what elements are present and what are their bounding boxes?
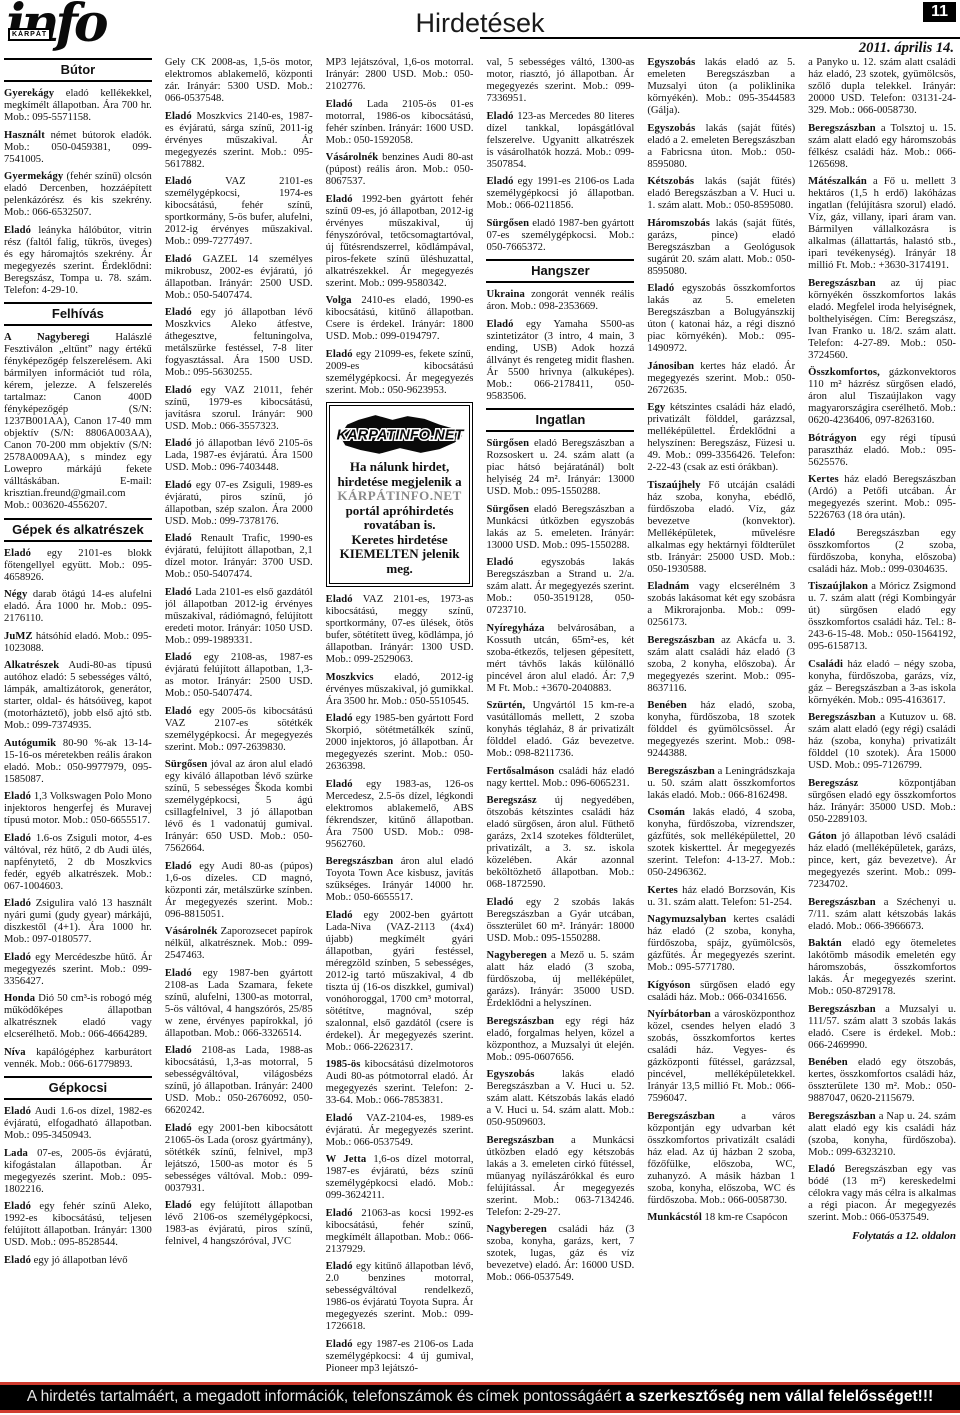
- disclaimer-text-bold: a szerkesztőség nem vállal felelősséget!…: [626, 1388, 934, 1405]
- newspaper-page: info KÁRPÁT Hirdetések 11 2011. április …: [0, 0, 960, 1415]
- ad-lead-word: Tiszaújhely: [647, 480, 700, 491]
- classified-ad: Egy kétszintes családi ház eladó, privat…: [647, 402, 795, 474]
- ad-lead-word: Eladó: [326, 1261, 353, 1272]
- karpatinfo-logo-text: KARPATINFO.NET: [336, 428, 464, 444]
- ad-text: egy 2002-ben gyártott Lada-Niva (VAZ-211…: [326, 910, 474, 1053]
- ad-lead-word: Eladó: [4, 791, 31, 802]
- ad-lead-word: Nagyberegen: [486, 950, 546, 961]
- ad-lead-word: Nyírbátorban: [647, 1009, 711, 1020]
- ad-lead-word: Níva: [4, 1047, 26, 1058]
- ad-lead-word: Kertes: [808, 474, 839, 485]
- classified-ad: Háromszobás lakás (saját fűtés, garázs, …: [647, 218, 795, 278]
- ad-lead-word: Eladó: [165, 254, 192, 265]
- header-rule: [480, 37, 960, 39]
- classified-ad: Beregszászban a Nap u. 24. szám alatt el…: [808, 1111, 956, 1159]
- classified-ad: Baktán eladó egy ötemeletes lakótömb más…: [808, 938, 956, 998]
- classified-ad: Beregszászban a Leningrádszkaja u. 50. s…: [647, 766, 795, 802]
- ad-lead-word: Kertes: [647, 885, 678, 896]
- ad-lead-word: Eladó: [4, 548, 31, 559]
- classified-ad: Volga 2410-es eladó, 1990-es kibocsátású…: [326, 295, 474, 343]
- issue-date: 2011. április 14.: [859, 40, 954, 57]
- classified-ad: Beregszászban a Tolsztoj u. 15. szám ala…: [808, 123, 956, 171]
- ad-text: Halászlé Fesztiválon „eltűnt” nagy érték…: [4, 332, 152, 511]
- ad-text: egy Yamaha S500-as szintetizátor (3 intr…: [486, 319, 634, 402]
- classified-ad: W Jetta 1,6-os dízel motorral, 1987-es é…: [326, 1154, 474, 1202]
- classified-ad: Eladó VAZ 2101-es, 1973-as kibocsátású, …: [326, 594, 474, 666]
- ad-lead-word: Eladó: [326, 910, 353, 921]
- newspaper-column: MP3 lejátszóval, 1,6-os motorral. Irányá…: [326, 57, 474, 1383]
- classified-ad: Beregszászban a Széchenyi u. 7/11. szám …: [808, 897, 956, 933]
- classified-ad: Beregszász központjában sürgősen eladó e…: [808, 778, 956, 826]
- classified-ad: Eladó egy 1985-ben gyártott Ford Skorpió…: [326, 713, 474, 773]
- ad-lead-word: Beregszászban: [647, 1111, 715, 1122]
- classifieds-columns: BútorGyerekágy eladó kellékekkel, megkím…: [4, 57, 956, 1383]
- ad-lead-word: Mátészalkán: [808, 176, 867, 187]
- ad-lead-word: W Jetta: [326, 1154, 367, 1165]
- ad-text: 1992-ben gyártott fehér színű 09-es, jó …: [326, 194, 474, 289]
- classified-ad: MP3 lejátszóval, 1,6-os motorral. Irányá…: [326, 57, 474, 93]
- ad-lead-word: Alkatrészek: [4, 660, 59, 671]
- ad-lead-word: Szürtén,: [486, 700, 525, 711]
- ad-lead-word: Sürgősen: [486, 438, 529, 449]
- karpatinfo-map-logo-icon: KARPATINFO.NET: [334, 411, 466, 457]
- classified-ad: Alkatrészek Audi-80-as típusú autóhoz el…: [4, 660, 152, 732]
- classified-ad: Gely CK 2008-as, 1,5-ös motor, elektromo…: [165, 57, 313, 105]
- ad-text: a Panyko u. 12. szám alatt családi ház e…: [808, 57, 956, 116]
- classified-ad: Mátészalkán a Fő u. mellett 3 hektáros (…: [808, 176, 956, 272]
- ad-lead-word: Vásárolnék: [165, 926, 218, 937]
- ad-lead-word: Beregszászban: [808, 897, 876, 908]
- classified-ad: Eladó egy 2101-es blokk főtengellyel egy…: [4, 548, 152, 584]
- ad-lead-word: Tiszaújlakon: [808, 581, 868, 592]
- classified-ad: Eladó egyszobás lakás Beregszászban a St…: [486, 557, 634, 617]
- ad-lead-word: Eladó: [165, 111, 192, 122]
- ad-lead-word: Eladó: [486, 897, 513, 908]
- ad-lead-word: Eladó: [808, 528, 835, 539]
- ad-lead-word: Egyszobás: [647, 123, 695, 134]
- classified-ad: Nagyberegen családi ház (3 szoba, konyha…: [486, 1224, 634, 1284]
- ad-text: Fő utcáján családi ház szoba, konyha, eb…: [647, 480, 795, 575]
- ad-lead-word: Eladó: [4, 833, 31, 844]
- section-header: Ingatlan: [486, 408, 634, 432]
- ad-lead-word: Gyermekágy: [4, 171, 63, 182]
- ad-lead-word: Benében: [808, 1057, 848, 1068]
- classified-ad: Eladó Renault Trafic, 1990-es évjáratú, …: [165, 533, 313, 581]
- ad-lead-word: Vásárolnék: [326, 152, 379, 163]
- section-header: Gépkocsi: [4, 1076, 152, 1100]
- ad-lead-word: Bótrágyon: [808, 433, 857, 444]
- ad-lead-word: Sürgősen: [165, 759, 208, 770]
- classified-ad: Kígyóson sürgősen eladó egy családi ház.…: [647, 980, 795, 1004]
- ad-lead-word: Eladó: [808, 1164, 835, 1175]
- ad-text: kapálógéphez karburátort vennék. Mob.: 0…: [4, 1047, 152, 1070]
- classified-ad: Kétszobás lakás (saját fűtés) eladó Bere…: [647, 176, 795, 212]
- classified-ad: Eladó leányka hálóbútor, vitrin rész (fa…: [4, 225, 152, 297]
- ad-lead-word: Nyíregyháza: [486, 623, 544, 634]
- promo-line: KÁRPÁTINFO.NET: [333, 489, 467, 504]
- ad-lead-word: Eladó: [165, 1123, 192, 1134]
- classified-ad: Eladó egy jó állapotban lévő Moszkvics A…: [165, 307, 313, 379]
- ad-lead-word: Gáton: [808, 831, 837, 842]
- classified-ad: Egyszobás lakás eladó az 5. emeleten Ber…: [647, 57, 795, 117]
- classified-ad: Beregszászban az Akácfa u. 3. szám alatt…: [647, 635, 795, 695]
- ad-lead-word: Családi: [808, 659, 843, 670]
- classified-ad: Benében eladó egy ötszobás, kertes, össz…: [808, 1057, 956, 1105]
- classified-ad: Eladó VAZ-2104-es, 1989-es évjáratú. Ár …: [326, 1113, 474, 1149]
- classified-ad: Eladó Beregszászban egy összkomfortos (2…: [808, 528, 956, 576]
- classified-ad: Eladó egy Audi 80-as (púpos) 1,6-os díze…: [165, 861, 313, 921]
- ad-text: 18 km-re Csapócon: [705, 1212, 788, 1223]
- ad-lead-word: Eladó: [326, 1208, 353, 1219]
- classified-ad: Beregszászban a város központján egy udv…: [647, 1111, 795, 1207]
- ad-lead-word: Jánosiban: [647, 361, 694, 372]
- ad-lead-word: Beregszászban: [647, 635, 715, 646]
- classified-ad: Eladó egy 07-es Zsiguli, 1989-es évjárat…: [165, 480, 313, 528]
- newspaper-column: a Panyko u. 12. szám alatt családi ház e…: [808, 57, 956, 1383]
- ad-lead-word: Nagyberegen: [486, 1224, 546, 1235]
- ad-lead-word: Eladó: [486, 319, 513, 330]
- classified-ad: Nyírbátorban a városközponthoz közel, cs…: [647, 1009, 795, 1105]
- ad-lead-word: Beregszászban: [808, 123, 876, 134]
- classified-ad: Gáton jó állapotban lévő családi ház ela…: [808, 831, 956, 891]
- ad-lead-word: Összkomfortos,: [808, 367, 880, 378]
- ad-lead-word: Eladó: [326, 594, 353, 605]
- classified-ad: Eladó egy 2 szobás lakás Beregszászban a…: [486, 897, 634, 945]
- classified-ad: Eladó egy 1991-es 2106-os Lada személygé…: [486, 176, 634, 212]
- classified-ad: Beregszászban a Muzsalyi u. 111/57. szám…: [808, 1004, 956, 1052]
- classified-ad: Eladó Beregszászban egy vas bódé (13 m²)…: [808, 1164, 956, 1224]
- ad-lead-word: Eladó: [4, 1201, 31, 1212]
- disclaimer-footer: A hirdetés tartalmáért, a megadott infor…: [0, 1382, 960, 1413]
- ad-lead-word: Munkácstól: [647, 1212, 702, 1223]
- ad-lead-word: Gyerekágy: [4, 88, 54, 99]
- classified-ad: Eladó egy 1983-as, 126-os Mercedesz, 2.5…: [326, 779, 474, 851]
- classified-ad: Eladó 21063-as kocsi 1992-es kibocsátású…: [326, 1208, 474, 1256]
- classified-ad: Eladó 123-as Mercedes 80 literes dízel t…: [486, 111, 634, 171]
- classified-ad: Kertes ház eladó Borzsován, Kis u. 31. s…: [647, 885, 795, 909]
- classified-ad: a Panyko u. 12. szám alatt családi ház e…: [808, 57, 956, 117]
- ad-lead-word: Eladó: [165, 385, 192, 396]
- classified-ad: Eladó 2108-as Lada, 1988-as kibocsátású,…: [165, 1045, 313, 1117]
- classified-ad: Egyszobás lakás eladó Beregszászban a V.…: [486, 1069, 634, 1129]
- ad-lead-word: A Nagyberegi: [4, 332, 90, 343]
- classified-ad: Eladó Zsigulira való 13 használt nyári g…: [4, 898, 152, 946]
- ad-lead-word: Eladó: [165, 706, 192, 717]
- ad-lead-word: Autógumik: [4, 738, 56, 749]
- ad-lead-word: Eladó: [165, 587, 192, 598]
- classified-ad: Sürgősen jóval az áron alul eladó egy ki…: [165, 759, 313, 855]
- classified-ad: Egyszobás lakás (saját fűtés) eladó a 2.…: [647, 123, 795, 171]
- classified-ad: Beregszászban a Kutuzov u. 68. szám alat…: [808, 712, 956, 772]
- ad-text: jóval az áron alul eladó egy kiváló álla…: [165, 759, 313, 854]
- ad-text: MP3 lejátszóval, 1,6-os motorral. Irányá…: [326, 57, 474, 92]
- ad-lead-word: Moszkvics: [326, 672, 374, 683]
- section-header: Hangszer: [486, 259, 634, 283]
- classified-ad: Eladó Lada 2105-ös 01-es motorral, 1986-…: [326, 99, 474, 147]
- classified-ad: Jánosiban kertes ház eladó. Ár megegyezé…: [647, 361, 795, 397]
- ad-text: a Munkácsi útközben eladó egy kétszobás …: [486, 1135, 634, 1218]
- ad-lead-word: Eladó: [486, 111, 513, 122]
- classified-ad: Eladó Moszkvics 2140-es, 1987-es évjárat…: [165, 111, 313, 171]
- ad-lead-word: Ukraina: [486, 289, 524, 300]
- ad-lead-word: Eladó: [326, 194, 353, 205]
- ad-lead-word: Eladó: [486, 176, 513, 187]
- newspaper-column: val, 5 sebességes váltó, 1300-as motor, …: [486, 57, 634, 1383]
- ad-lead-word: Eladó: [326, 713, 353, 724]
- classified-ad: Eladó Lada 2101-es első gazdától jól áll…: [165, 587, 313, 647]
- ad-lead-word: Beregszászban: [326, 856, 394, 867]
- classified-ad: Eladó Audi 1.6-os dízel, 1982-es évjárat…: [4, 1106, 152, 1142]
- classified-ad: Nagymuzsalyban kertes családi ház eladó …: [647, 914, 795, 974]
- ad-text: Gely CK 2008-as, 1,5-ös motor, elektromo…: [165, 57, 313, 104]
- classified-ad: Vásárolnék Zaporozsecet papírok nélkül, …: [165, 926, 313, 962]
- classified-ad: Beregszászban áron alul eladó Toyota Tow…: [326, 856, 474, 904]
- classified-ad: Munkácstól 18 km-re Csapócon: [647, 1212, 795, 1224]
- classified-ad: Eladó egy 1987-ben gyártott 2108-as Lada…: [165, 968, 313, 1040]
- classified-ad: Tiszaújlakon a Móricz Zsigmond u. 7. szá…: [808, 581, 956, 653]
- classified-ad: Nagyberegen a Mező u. 5. szám alatt ház …: [486, 950, 634, 1010]
- classified-ad: Sürgősen eladó Beregszászban a Munkácsi …: [486, 504, 634, 552]
- ad-text: darab ötágú 14-es alufelni eladó. Ára 10…: [4, 589, 152, 624]
- ad-lead-word: Eladó: [165, 438, 192, 449]
- continued-on-next-page-note: Folytatás a 12. oldalon: [808, 1230, 956, 1242]
- ad-text: egy jó állapotban lévő: [34, 1255, 128, 1266]
- classified-ad: Eladó egy felújított állapotban lévő 210…: [165, 1200, 313, 1248]
- ad-lead-word: Négy: [4, 589, 27, 600]
- ad-lead-word: Eladó: [4, 952, 31, 963]
- classified-ad: Eladó egy VAZ 21011, fehér színű, 1979-e…: [165, 385, 313, 433]
- ad-lead-word: 1985-ös: [326, 1059, 361, 1070]
- ad-lead-word: Háromszobás: [647, 218, 710, 229]
- ad-lead-word: Beregszászban: [808, 278, 876, 289]
- ad-lead-word: Használt: [4, 130, 45, 141]
- ad-lead-word: Beregszászban: [808, 1111, 876, 1122]
- ad-lead-word: Eladó: [165, 652, 192, 663]
- classified-ad: Eladó egy 1987-es 2106-os Lada személygé…: [326, 1339, 474, 1375]
- classified-ad: Autógumik 80-90 %-ak 13-14-15-16-os mére…: [4, 738, 152, 786]
- ad-lead-word: Benében: [647, 700, 687, 711]
- classified-ad: Eladó egy kitűnő állapotban lévő, 2.0 be…: [326, 1261, 474, 1333]
- ad-lead-word: Eladó: [326, 99, 353, 110]
- ad-lead-word: Beregszászban: [486, 1016, 554, 1027]
- ad-text: a városközponthoz közel, csendes helyen …: [647, 1009, 795, 1104]
- classified-ad: Beregszászban az új piac környékén összk…: [808, 278, 956, 362]
- ad-lead-word: Eladó: [165, 1045, 192, 1056]
- classified-ad: Családi ház eladó – négy szoba, konyha, …: [808, 659, 956, 707]
- ad-lead-word: Egy: [647, 402, 665, 413]
- section-header: Gépek és alkatrészek: [4, 518, 152, 542]
- classified-ad: Eladó VAZ 2101-es személygépkocsi, 1974-…: [165, 176, 313, 248]
- ad-lead-word: Eladó: [165, 480, 192, 491]
- classified-ad: Eladó egy fehér színű Aleko, 1992-es kib…: [4, 1201, 152, 1249]
- ad-text: kétszintes családi ház eladó, privatizál…: [647, 402, 795, 473]
- classified-ad: Eladó egy 2001-ben kibocsátott 21065-ös …: [165, 1123, 313, 1195]
- classified-ad: Eladó egy 2005-ös kibocsátású VAZ 2107-e…: [165, 706, 313, 754]
- classified-ad: Bótrágyon egy régi típusú parasztház ela…: [808, 433, 956, 469]
- classified-ad: Eladó jó állapotban lévő 2105-ös Lada, 1…: [165, 438, 313, 474]
- ad-text: a Fő u. mellett 3 hektáros (1,5 h erdő) …: [808, 176, 956, 271]
- classified-ad: Ukraina zongorát vennék reális áron. Mob…: [486, 289, 634, 313]
- classified-ad: Négy darab ötágú 14-es alufelni eladó. Á…: [4, 589, 152, 625]
- classified-ad: Szürtén, Ungvártól 15 km-re-a vasútállom…: [486, 700, 634, 760]
- classified-ad: Lada 07-es, 2005-ös évjáratú, kifogástal…: [4, 1148, 152, 1196]
- ad-lead-word: Eladó: [647, 283, 674, 294]
- ad-lead-word: Eladó: [4, 1255, 31, 1266]
- ad-lead-word: Beregszász: [808, 778, 858, 789]
- classified-ad: Eladó GAZEL 14 személyes mikrobusz, 2002…: [165, 254, 313, 302]
- promo-line: KIEMELTEN jelenik meg.: [333, 547, 467, 576]
- ad-lead-word: Csomán: [647, 807, 685, 818]
- classified-ad: Níva kapálógéphez karburátort vennék. Mo…: [4, 1047, 152, 1071]
- ad-text: val, 5 sebességes váltó, 1300-as motor, …: [486, 57, 634, 104]
- ad-lead-word: Eladó: [165, 1200, 192, 1211]
- ad-lead-word: Volga: [326, 295, 352, 306]
- classified-ad: Eladó egy 21099-es, fekete színű, 2009-e…: [326, 349, 474, 397]
- promo-line: rovatában is.: [333, 518, 467, 533]
- classified-ad: Eladó egy Mercédeszbe hűtő. Ár megegyezé…: [4, 952, 152, 988]
- ad-text: a város központján egy udvarban két össz…: [647, 1111, 795, 1206]
- ad-lead-word: Beregszászban: [808, 712, 876, 723]
- ad-lead-word: Sürgősen: [486, 504, 529, 515]
- page-title: Hirdetések: [0, 8, 960, 39]
- newspaper-column: BútorGyerekágy eladó kellékekkel, megkím…: [4, 57, 152, 1383]
- masthead: info KÁRPÁT Hirdetések 11 2011. április …: [0, 0, 960, 56]
- classified-ad: A Nagyberegi Halászlé Fesztiválon „eltűn…: [4, 332, 152, 512]
- ad-lead-word: Kétszobás: [647, 176, 694, 187]
- ad-lead-word: Beregszászban: [486, 1135, 554, 1146]
- classified-ad: Nyíregyháza belvárosában, a Kossuth utcá…: [486, 623, 634, 695]
- karpatinfo-promo-box: KARPATINFO.NETHa nálunk hirdet,hirdetése…: [326, 402, 474, 587]
- classified-ad: Beregszászban egy régi ház eladó, forgal…: [486, 1016, 634, 1064]
- classified-ad: Moszkvics eladó, 2012-ig érvényes műszak…: [326, 672, 474, 708]
- ad-lead-word: Eladó: [165, 968, 192, 979]
- ad-lead-word: Kígyóson: [647, 980, 690, 991]
- ad-lead-word: Lada: [4, 1148, 28, 1159]
- classified-ad: Eladnám vagy elcserélném 3 szobás lakáso…: [647, 581, 795, 629]
- ad-lead-word: Sürgősen: [486, 218, 529, 229]
- classified-ad: Eladó egy Yamaha S500-as szintetizátor (…: [486, 319, 634, 403]
- classified-ad: Sürgősen eladó Beregszászban a Rozsosker…: [486, 438, 634, 498]
- promo-line: Keretes hirdetése: [333, 533, 467, 548]
- ad-lead-word: Fertősalmáson: [486, 766, 554, 777]
- classified-ad: Eladó 1.6-os Zsiguli motor, 4-es váltóva…: [4, 833, 152, 893]
- classified-ad: Sürgősen eladó 1987-ben gyártott 07-es s…: [486, 218, 634, 254]
- classified-ad: Használt német bútorok eladók. Mob.: 050…: [4, 130, 152, 166]
- promo-line: hirdetése megjelenik a: [333, 475, 467, 490]
- classified-ad: Tiszaújhely Fő utcáján családi ház szoba…: [647, 480, 795, 576]
- ad-lead-word: Eladó: [165, 176, 192, 187]
- ad-lead-word: Beregszászban: [808, 1004, 876, 1015]
- ad-lead-word: Eladnám: [647, 581, 689, 592]
- ad-lead-word: Beregszászban: [647, 766, 715, 777]
- ad-lead-word: Baktán: [808, 938, 842, 949]
- classified-ad: Honda Dió 50 cm³-is robogó még működőkép…: [4, 993, 152, 1041]
- classified-ad: Eladó egy jó állapotban lévő: [4, 1255, 152, 1267]
- ad-lead-word: Eladó: [326, 1113, 353, 1124]
- ad-lead-word: Beregszász: [486, 795, 536, 806]
- promo-line: portál apróhirdetés: [333, 504, 467, 519]
- classified-ad: JuMZ hátsóhíd eladó. Mob.: 095-1023088.: [4, 631, 152, 655]
- ad-lead-word: Honda: [4, 993, 35, 1004]
- ad-lead-word: JuMZ: [4, 631, 33, 642]
- classified-ad: Kertes ház eladó Beregszászban (Ardó) a …: [808, 474, 956, 522]
- ad-lead-word: Egyszobás: [647, 57, 695, 68]
- classified-ad: Gyermekágy (fehér színű) olcsón eladó De…: [4, 171, 152, 219]
- classified-ad: Benében ház eladó, szoba, konyha, fürdős…: [647, 700, 795, 760]
- ad-lead-word: Eladó: [326, 349, 353, 360]
- ad-lead-word: Eladó: [165, 307, 192, 318]
- classified-ad: Összkomfortos, gázkonvektoros 110 m² ház…: [808, 367, 956, 427]
- newspaper-column: Egyszobás lakás eladó az 5. emeleten Ber…: [647, 57, 795, 1383]
- classified-ad: Beregszász új negyedében, ötszobás kétsz…: [486, 795, 634, 891]
- section-header: Felhívás: [4, 302, 152, 326]
- ad-lead-word: Eladó: [4, 898, 31, 909]
- ad-lead-word: Eladó: [4, 225, 31, 236]
- classified-ad: Fertősalmáson családi ház eladó nagy ker…: [486, 766, 634, 790]
- classified-ad: Eladó egy 2002-ben gyártott Lada-Niva (V…: [326, 910, 474, 1054]
- classified-ad: Eladó egy 2108-as, 1987-es évjáratú felú…: [165, 652, 313, 700]
- classified-ad: Eladó 1992-ben gyártott fehér színű 09-e…: [326, 194, 474, 290]
- classified-ad: val, 5 sebességes váltó, 1300-as motor, …: [486, 57, 634, 105]
- ad-lead-word: Nagymuzsalyban: [647, 914, 726, 925]
- disclaimer-text: A hirdetés tartalmáért, a megadott infor…: [27, 1388, 626, 1405]
- section-header: Bútor: [4, 58, 152, 82]
- classified-ad: Beregszászban a Munkácsi útközben eladó …: [486, 1135, 634, 1219]
- classified-ad: Vásárolnék benzines Audi 80-ast (púpost)…: [326, 152, 474, 188]
- page-number-badge: 11: [923, 2, 956, 22]
- classified-ad: 1985-ös kibocsátású dízelmotoros Audi 80…: [326, 1059, 474, 1107]
- newspaper-column: Gely CK 2008-as, 1,5-ös motor, elektromo…: [165, 57, 313, 1383]
- ad-lead-word: Eladó: [326, 1339, 353, 1350]
- ad-lead-word: Eladó: [4, 1106, 31, 1117]
- ad-lead-word: Eladó: [326, 779, 353, 790]
- ad-lead-word: Eladó: [165, 861, 192, 872]
- classified-ad: Eladó egyszobás összkomfortos lakás az 5…: [647, 283, 795, 355]
- ad-lead-word: Egyszobás: [486, 1069, 534, 1080]
- promo-line: Ha nálunk hirdet,: [333, 460, 467, 475]
- ad-text: az új piac környékén összkomfortos lakás…: [808, 278, 956, 361]
- ad-text: új negyedében, ötszobás kétszintes csalá…: [486, 795, 634, 890]
- ad-lead-word: Eladó: [486, 557, 513, 568]
- ad-lead-word: Eladó: [165, 533, 192, 544]
- classified-ad: Eladó 1,3 Volkswagen Polo Mono injektoro…: [4, 791, 152, 827]
- classified-ad: Csomán lakás eladó, 4 szoba, konyha, für…: [647, 807, 795, 879]
- classified-ad: Gyerekágy eladó kellékekkel, megkímélt á…: [4, 88, 152, 124]
